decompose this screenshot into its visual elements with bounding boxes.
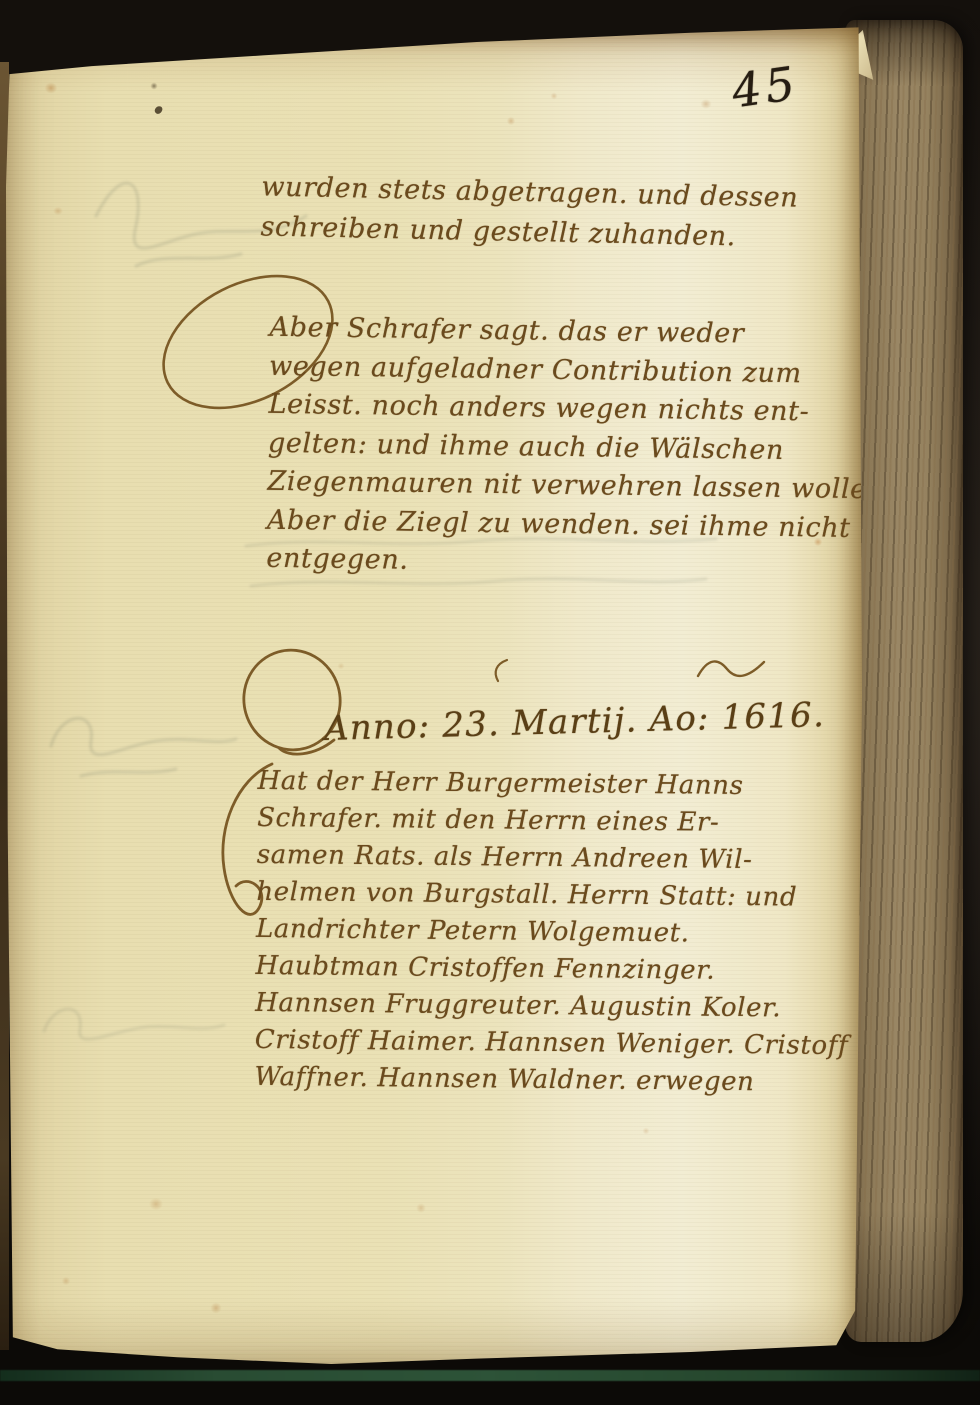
manuscript-photo: 45 wurden stets abgetragen. und dessen s…	[0, 0, 980, 1405]
bleed-through-margin-note	[26, 981, 236, 1071]
date-initial-loop-flourish	[234, 644, 354, 768]
manuscript-line: samen Rats. als Herrn Andreen Wil-	[257, 837, 851, 880]
paragraph-1: wurden stets abgetragen. und dessen schr…	[260, 167, 798, 258]
marginal-squiggle-mark	[694, 654, 770, 692]
paragraph-3: Hat der Herr Burgermeister Hanns Schrafe…	[254, 763, 851, 1102]
manuscript-line: Landrichter Petern Wolgemuet.	[256, 911, 850, 954]
manuscript-line: Waffner. Hannsen Waldner. erwegen	[254, 1059, 848, 1102]
manuscript-line: Schrafer. mit den Herrn eines Er-	[257, 800, 851, 843]
superscript-mark	[488, 656, 512, 688]
manuscript-page: 45 wurden stets abgetragen. und dessen s…	[6, 26, 862, 1364]
page-number: 45	[729, 56, 802, 119]
table-edge-stripe	[0, 1370, 980, 1381]
manuscript-line: Cristoff Haimer. Hannsen Weniger. Cristo…	[255, 1022, 849, 1065]
paragraph-2: Aber Schrafer sagt. das er weder wegen a…	[266, 309, 878, 587]
book-fore-edge	[845, 20, 963, 1342]
manuscript-line: Hannsen Fruggreuter. Augustin Koler.	[255, 985, 849, 1028]
manuscript-line: helmen von Burgstall. Herrn Statt: und	[256, 874, 850, 917]
manuscript-line: Haubtman Cristoffen Fennzinger.	[255, 948, 849, 991]
manuscript-line: Hat der Herr Burgermeister Hanns	[257, 763, 851, 806]
